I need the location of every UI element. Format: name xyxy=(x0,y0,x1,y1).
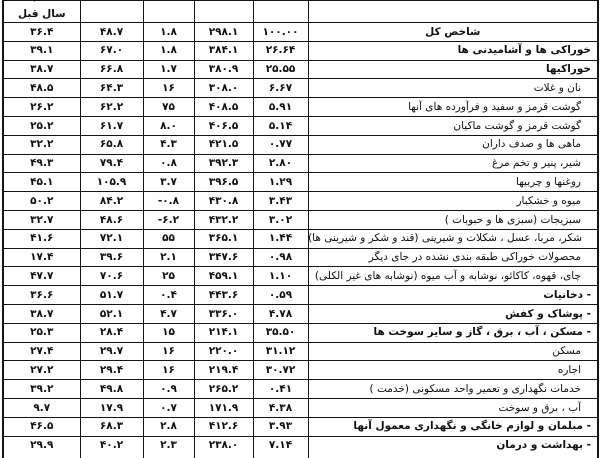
table-row: محصولات خوراکی طبقه بندی نشده در جای دیگ… xyxy=(3,248,598,267)
cell-pct-monthly: ۸.۰ xyxy=(143,116,194,135)
header-cell-category xyxy=(308,1,598,23)
cell-category: سبزیجات (سبزی ها و حبوبات ) xyxy=(308,210,598,229)
cell-index: ۴۳۰.۸ xyxy=(194,192,253,211)
table-row: گوشت قرمز و گوشت ماکیان۵.۱۴۴۰۶.۵۸.۰۶۱.۷۲… xyxy=(3,116,598,135)
cell-weight: ۴.۷۸ xyxy=(253,304,308,323)
cell-weight: ۰.۴۱ xyxy=(253,380,308,399)
cell-pct-annual: ۷۲.۱ xyxy=(80,229,143,248)
header-row: مشابه سال قبل xyxy=(3,1,598,23)
table-row: - بهداشت و درمان۷.۱۴۲۳۸.۰۲.۳۴۰.۲۲۹.۹ xyxy=(3,436,598,458)
table-row: اجاره۳۰.۷۲۲۱۹.۴۱۶۲۹.۴۲۷.۲ xyxy=(3,361,598,380)
cell-pct-prev-year: ۳۹.۱ xyxy=(3,41,80,60)
cell-category: روغنها و چربیها xyxy=(308,173,598,192)
cell-category: نان و غلات xyxy=(308,79,598,98)
table-row: سبزیجات (سبزی ها و حبوبات )۳.۰۲۴۳۲.۲-۶.۲… xyxy=(3,210,598,229)
cpi-table: مشابه سال قبل شاخص کل۱۰۰.۰۰۲۹۸.۱۱.۸۴۸.۷۳… xyxy=(2,0,599,458)
cell-index: ۲۱۹.۴ xyxy=(194,361,253,380)
header-cell-prev-year: مشابه سال قبل xyxy=(3,1,80,23)
cell-pct-monthly: ۲.۱ xyxy=(143,248,194,267)
cell-category: آب ، برق و سوخت xyxy=(308,398,598,417)
cell-pct-annual: ۶۱.۷ xyxy=(80,116,143,135)
cell-pct-prev-year: ۳۸.۷ xyxy=(3,304,80,323)
cell-pct-annual: ۲۹.۴ xyxy=(80,361,143,380)
table-row: - مبلمان و لوازم خانگی و نگهداری معمول آ… xyxy=(3,417,598,436)
cell-pct-monthly: ۳.۷ xyxy=(143,173,194,192)
table-row: خوراکی ها و آشامیدنی ها۲۶.۶۴۳۸۴.۱۱.۸۶۷.۰… xyxy=(3,41,598,60)
cell-index: ۲۲۰.۰ xyxy=(194,342,253,361)
cell-pct-prev-year: ۳۶.۶ xyxy=(3,286,80,305)
cell-pct-annual: ۶۴.۳ xyxy=(80,79,143,98)
cell-pct-annual: ۴۸.۶ xyxy=(80,210,143,229)
cell-weight: ۱.۴۴ xyxy=(253,229,308,248)
cell-pct-annual: ۴۹.۸ xyxy=(80,380,143,399)
cell-pct-prev-year: ۴۶.۵ xyxy=(3,417,80,436)
cell-category: میوه و خشکبار xyxy=(308,192,598,211)
cell-pct-prev-year: ۴۱.۶ xyxy=(3,229,80,248)
cell-weight: ۲۶.۶۴ xyxy=(253,41,308,60)
table-row: میوه و خشکبار۳.۴۳۴۳۰.۸-۰.۸۸۴.۲۵۰.۲ xyxy=(3,192,598,211)
table-row: چای، قهوه، کاکائو، نوشابه و آب میوه (نوش… xyxy=(3,267,598,286)
cell-index: ۴۲۱.۵ xyxy=(194,135,253,154)
cell-pct-annual: ۵۲.۱ xyxy=(80,304,143,323)
table-body: شاخص کل۱۰۰.۰۰۲۹۸.۱۱.۸۴۸.۷۳۶.۴خوراکی ها و… xyxy=(3,23,598,458)
cell-category: چای، قهوه، کاکائو، نوشابه و آب میوه (نوش… xyxy=(308,267,598,286)
cell-pct-annual: ۵۱.۷ xyxy=(80,286,143,305)
cell-pct-annual: ۴۰.۲ xyxy=(80,436,143,458)
table-row: شاخص کل۱۰۰.۰۰۲۹۸.۱۱.۸۴۸.۷۳۶.۴ xyxy=(3,23,598,42)
cell-pct-monthly: -۶.۲ xyxy=(143,210,194,229)
table-row: نان و غلات۶.۶۷۳۰۸.۰۱۶۶۴.۳۴۸.۵ xyxy=(3,79,598,98)
cell-pct-monthly: ۲۵ xyxy=(143,267,194,286)
table-row: گوشت قرمز و سفید و فرآورده های آنها۵.۹۱۴… xyxy=(3,98,598,117)
cell-pct-monthly: ۱۵ xyxy=(143,323,194,342)
cell-pct-annual: ۳۹.۶ xyxy=(80,248,143,267)
cell-index: ۳۰۸.۰ xyxy=(194,79,253,98)
cell-pct-monthly: ۱.۸ xyxy=(143,23,194,42)
cell-pct-monthly: ۲.۸ xyxy=(143,417,194,436)
cell-weight: ۳.۰۲ xyxy=(253,210,308,229)
cell-weight: ۰.۵۹ xyxy=(253,286,308,305)
header-cell-pct-monthly xyxy=(143,1,194,23)
cell-pct-prev-year: ۵۰.۲ xyxy=(3,192,80,211)
cell-index: ۲۹۸.۱ xyxy=(194,23,253,42)
cell-pct-annual: ۲۹.۷ xyxy=(80,342,143,361)
cell-pct-prev-year: ۴۵.۱ xyxy=(3,173,80,192)
cell-weight: ۳۰.۷۲ xyxy=(253,361,308,380)
header-cell-index xyxy=(194,1,253,23)
cell-pct-prev-year: ۹.۷ xyxy=(3,398,80,417)
cell-pct-prev-year: ۱۷.۴ xyxy=(3,248,80,267)
clipped-header-text: مشابه xyxy=(26,1,57,3)
cell-pct-monthly: ۰.۹ xyxy=(143,380,194,399)
cell-pct-prev-year: ۳۸.۷ xyxy=(3,60,80,79)
cell-index: ۳۹۲.۳ xyxy=(194,154,253,173)
cell-weight: ۳۵.۵۰ xyxy=(253,323,308,342)
cell-weight: ۱.۱۰ xyxy=(253,267,308,286)
table-row: خوراکیها۲۵.۵۵۳۸۰.۹۱.۷۶۶.۸۳۸.۷ xyxy=(3,60,598,79)
cell-category: خوراکیها xyxy=(308,60,598,79)
cell-index: ۴۵۹.۱ xyxy=(194,267,253,286)
cell-index: ۴۴۳.۶ xyxy=(194,286,253,305)
cell-pct-annual: ۸۴.۲ xyxy=(80,192,143,211)
cell-weight: ۲۵.۵۵ xyxy=(253,60,308,79)
cell-index: ۳۹۶.۵ xyxy=(194,173,253,192)
table-row: مسکن۳۱.۱۲۲۲۰.۰۱۶۲۹.۷۲۷.۴ xyxy=(3,342,598,361)
cell-pct-annual: ۶۸.۳ xyxy=(80,417,143,436)
cell-pct-monthly: ۴.۳ xyxy=(143,135,194,154)
cell-category: - دخانیات xyxy=(308,286,598,305)
cell-category: خوراکی ها و آشامیدنی ها xyxy=(308,41,598,60)
cell-index: ۴۳۲.۲ xyxy=(194,210,253,229)
prev-year-header-wrap: مشابه سال قبل xyxy=(4,1,80,22)
table-row: شیر، پنیر و تخم مرغ۲.۸۰۳۹۲.۳۰.۸۷۹.۴۴۹.۳ xyxy=(3,154,598,173)
cell-weight: ۳.۴۳ xyxy=(253,192,308,211)
cell-pct-prev-year: ۲۶.۲ xyxy=(3,98,80,117)
cell-pct-prev-year: ۲۵.۲ xyxy=(3,116,80,135)
cell-pct-annual: ۷۰.۶ xyxy=(80,267,143,286)
cell-pct-monthly: ۴.۷ xyxy=(143,304,194,323)
cell-pct-prev-year: ۳۶.۴ xyxy=(3,23,80,42)
document-page: مشابه سال قبل شاخص کل۱۰۰.۰۰۲۹۸.۱۱.۸۴۸.۷۳… xyxy=(0,0,600,458)
header-cell-pct-annual xyxy=(80,1,143,23)
cell-pct-monthly: ۱۶ xyxy=(143,342,194,361)
cell-pct-monthly: ۰.۷ xyxy=(143,398,194,417)
header-cell-weight xyxy=(253,1,308,23)
cell-category: محصولات خوراکی طبقه بندی نشده در جای دیگ… xyxy=(308,248,598,267)
cell-weight: ۲.۸۰ xyxy=(253,154,308,173)
cell-weight: ۱.۲۹ xyxy=(253,173,308,192)
cell-category: گوشت قرمز و سفید و فرآورده های آنها xyxy=(308,98,598,117)
cell-category: شکر، مربا، عسل ، شکلات و شیرینی (قند و ش… xyxy=(308,229,598,248)
cell-pct-annual: ۶۲.۲ xyxy=(80,98,143,117)
table-row: آب ، برق و سوخت۴.۳۸۱۷۱.۹۰.۷۱۷.۹۹.۷ xyxy=(3,398,598,417)
cell-pct-monthly: ۵۵ xyxy=(143,229,194,248)
cell-weight: ۰.۹۸ xyxy=(253,248,308,267)
cell-pct-monthly: ۱۶ xyxy=(143,79,194,98)
cell-weight: ۷.۱۴ xyxy=(253,436,308,458)
cell-index: ۱۷۱.۹ xyxy=(194,398,253,417)
cell-index: ۳۴۷.۶ xyxy=(194,248,253,267)
cell-weight: ۵.۹۱ xyxy=(253,98,308,117)
cell-pct-monthly: ۱۶ xyxy=(143,361,194,380)
cell-weight: ۳.۹۳ xyxy=(253,417,308,436)
cell-category: - پوشاک و کفش xyxy=(308,304,598,323)
cell-index: ۴۰۸.۵ xyxy=(194,98,253,117)
cell-weight: ۶.۶۷ xyxy=(253,79,308,98)
cell-pct-annual: ۶۵.۸ xyxy=(80,135,143,154)
cell-pct-monthly: ۷۵ xyxy=(143,98,194,117)
cell-pct-monthly: ۲.۳ xyxy=(143,436,194,458)
table-row: - پوشاک و کفش۴.۷۸۳۳۶.۰۴.۷۵۲.۱۳۸.۷ xyxy=(3,304,598,323)
cell-category: - مسکن ، آب ، برق ، گاز و سایر سوخت ها xyxy=(308,323,598,342)
cell-category: ماهی ها و صدف داران xyxy=(308,135,598,154)
cell-category: مسکن xyxy=(308,342,598,361)
cell-pct-annual: ۶۷.۰ xyxy=(80,41,143,60)
cell-index: ۲۳۸.۰ xyxy=(194,436,253,458)
cell-category: شاخص کل xyxy=(308,23,598,42)
cell-category: خدمات نگهداری و تعمیر واحد مسکونی (خدمت … xyxy=(308,380,598,399)
cell-pct-prev-year: ۲۷.۴ xyxy=(3,342,80,361)
table-row: روغنها و چربیها۱.۲۹۳۹۶.۵۳.۷۱۰۵.۹۴۵.۱ xyxy=(3,173,598,192)
cell-index: ۳۳۶.۰ xyxy=(194,304,253,323)
cell-index: ۲۱۴.۱ xyxy=(194,323,253,342)
cell-pct-prev-year: ۲۷.۲ xyxy=(3,361,80,380)
cell-weight: ۴.۳۸ xyxy=(253,398,308,417)
cell-pct-prev-year: ۳۲.۲ xyxy=(3,135,80,154)
cell-index: ۲۶۵.۲ xyxy=(194,380,253,399)
cell-weight: ۰.۷۷ xyxy=(253,135,308,154)
cell-pct-prev-year: ۲۵.۳ xyxy=(3,323,80,342)
cell-category: اجاره xyxy=(308,361,598,380)
cell-weight: ۱۰۰.۰۰ xyxy=(253,23,308,42)
cell-pct-monthly: ۰.۸ xyxy=(143,154,194,173)
cell-pct-annual: ۱۰۵.۹ xyxy=(80,173,143,192)
cell-category: گوشت قرمز و گوشت ماکیان xyxy=(308,116,598,135)
table-row: ماهی ها و صدف داران۰.۷۷۴۲۱.۵۴.۳۶۵.۸۳۲.۲ xyxy=(3,135,598,154)
cell-pct-annual: ۶۶.۸ xyxy=(80,60,143,79)
cell-index: ۳۸۰.۹ xyxy=(194,60,253,79)
cell-pct-monthly: -۰.۸ xyxy=(143,192,194,211)
table-row: خدمات نگهداری و تعمیر واحد مسکونی (خدمت … xyxy=(3,380,598,399)
cell-pct-annual: ۴۸.۷ xyxy=(80,23,143,42)
cell-category: - بهداشت و درمان xyxy=(308,436,598,458)
cell-category: - مبلمان و لوازم خانگی و نگهداری معمول آ… xyxy=(308,417,598,436)
cell-index: ۴۰۶.۵ xyxy=(194,116,253,135)
table-row: - دخانیات۰.۵۹۴۴۳.۶۰.۴۵۱.۷۳۶.۶ xyxy=(3,286,598,305)
cell-index: ۴۱۲.۶ xyxy=(194,417,253,436)
cell-index: ۳۸۴.۱ xyxy=(194,41,253,60)
cell-pct-monthly: ۱.۷ xyxy=(143,60,194,79)
cell-weight: ۳۱.۱۲ xyxy=(253,342,308,361)
cell-pct-annual: ۷۹.۴ xyxy=(80,154,143,173)
cell-index: ۳۶۵.۱ xyxy=(194,229,253,248)
cell-pct-monthly: ۱.۸ xyxy=(143,41,194,60)
cell-pct-annual: ۲۸.۴ xyxy=(80,323,143,342)
cell-category: شیر، پنیر و تخم مرغ xyxy=(308,154,598,173)
cell-pct-prev-year: ۴۷.۷ xyxy=(3,267,80,286)
table-row: - مسکن ، آب ، برق ، گاز و سایر سوخت ها۳۵… xyxy=(3,323,598,342)
cell-weight: ۵.۱۴ xyxy=(253,116,308,135)
cell-pct-prev-year: ۲۹.۹ xyxy=(3,436,80,458)
cell-pct-monthly: ۰.۴ xyxy=(143,286,194,305)
cell-pct-prev-year: ۴۸.۵ xyxy=(3,79,80,98)
table-header: مشابه سال قبل xyxy=(3,1,598,23)
cell-pct-prev-year: ۴۹.۳ xyxy=(3,154,80,173)
cell-pct-prev-year: ۳۲.۷ xyxy=(3,210,80,229)
cell-pct-prev-year: ۳۹.۲ xyxy=(3,380,80,399)
prev-year-header-label: سال قبل xyxy=(18,9,66,23)
table-row: شکر، مربا، عسل ، شکلات و شیرینی (قند و ش… xyxy=(3,229,598,248)
cell-pct-annual: ۱۷.۹ xyxy=(80,398,143,417)
